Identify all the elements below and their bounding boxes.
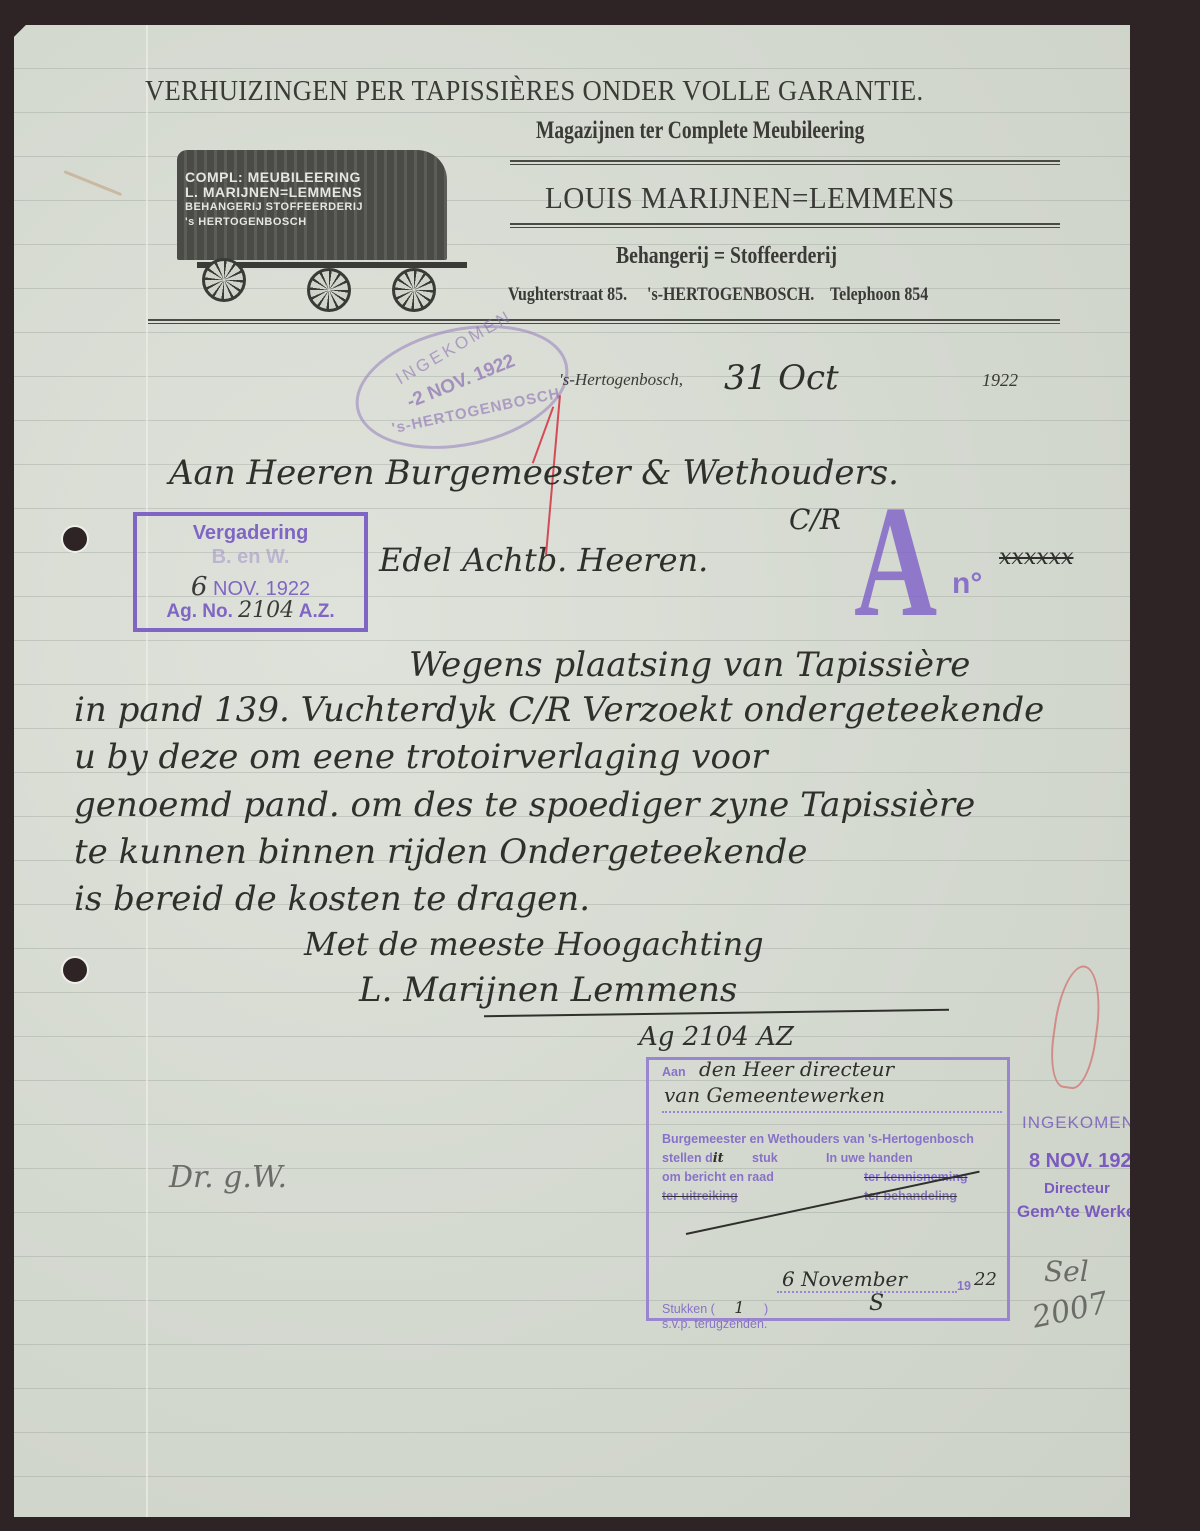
- date-dotted-line: [777, 1291, 957, 1293]
- vergadering-title: Vergadering: [137, 522, 364, 545]
- letterhead-rule: [510, 160, 1060, 165]
- punch-hole-bottom: [63, 958, 87, 982]
- wagon-lettering: COMPL: MEUBILEERING L. MARIJNEN=LEMMENS …: [185, 170, 363, 230]
- punch-hole-top: [63, 527, 87, 551]
- uitreiking-label: ter uitreiking: [662, 1189, 738, 1203]
- letterhead-rule: [510, 223, 1060, 228]
- signature-flourish: [484, 1009, 949, 1017]
- trade-line: Behangerij = Stoffeerderij: [616, 243, 837, 270]
- wagon-wheel: [202, 258, 246, 302]
- date-place-label: 's-Hertogenbosch,: [559, 370, 683, 390]
- year-prefix: 19: [957, 1279, 971, 1293]
- letterhead-bottom-rule: [148, 319, 1060, 324]
- letter-a-no-label: n°: [952, 567, 982, 601]
- bericht-label: om bericht en raad: [662, 1170, 774, 1184]
- aan-value-1: den Heer directeur: [699, 1057, 894, 1081]
- terugzenden-label: s.v.p. terugzenden.: [662, 1317, 767, 1331]
- date-year: 1922: [982, 370, 1018, 391]
- body-line-6: is bereid de kosten te dragen.: [74, 879, 590, 919]
- body-line-4: genoemd pand. om des te spoediger zyne T…: [74, 785, 975, 825]
- company-name: LOUIS MARIJNEN=LEMMENS: [545, 180, 955, 216]
- vergadering-stamp: Vergadering B. en W. 6 NOV. 1922 Ag. No.…: [133, 512, 368, 632]
- signature: L. Marijnen Lemmens: [359, 970, 737, 1010]
- left-pencil-note: Dr. g.W.: [169, 1160, 287, 1195]
- aan-value-2: van Gemeentewerken: [664, 1083, 885, 1107]
- dotted-separator: [662, 1111, 1002, 1113]
- staple-mark: [63, 170, 122, 196]
- aan-label: Aan: [662, 1065, 686, 1079]
- year-hand: 22: [974, 1269, 997, 1290]
- vergadering-bw: B. en W.: [137, 546, 364, 569]
- letterhead-subtitle: Magazijnen ter Complete Meubileering: [536, 117, 864, 145]
- stellen-line: stellen dit: [662, 1151, 724, 1166]
- red-pencil-loop: [1046, 963, 1107, 1092]
- city: 's-HERTOGENBOSCH.: [647, 284, 814, 305]
- date-day-month: 31 Oct: [724, 358, 839, 398]
- referral-initial: S: [869, 1291, 884, 1316]
- handen-label: In uwe handen: [826, 1151, 913, 1165]
- right-pencil-note-1: Sel: [1044, 1255, 1089, 1288]
- crossed-number: xxxxxx: [999, 545, 1073, 570]
- stuk-label: stuk: [752, 1151, 778, 1165]
- referral-date-hand: 6 November: [782, 1267, 907, 1291]
- addressee: Aan Heeren Burgemeester & Wethouders.: [169, 453, 899, 493]
- body-line-5: te kunnen binnen rijden Ondergeteekende: [74, 832, 807, 872]
- handwritten-agenda-ref: Ag 2104 AZ: [639, 1022, 794, 1052]
- address-line: Vughterstraat 85. 's-HERTOGENBOSCH. Tele…: [508, 284, 928, 306]
- received-oval-stamp: INGEKOMEN -2 NOV. 1922 's-HERTOGENBOSCH: [344, 307, 580, 467]
- agenda-number: 2104: [238, 598, 294, 623]
- right-pencil-note-2: 2007: [1029, 1285, 1111, 1335]
- vergadering-month-year: NOV. 1922: [213, 578, 310, 600]
- body-line-3: u by deze om eene trotoirverlaging voor: [74, 737, 768, 777]
- street-address: Vughterstraat 85.: [508, 284, 627, 305]
- addressee-abbrev: C/R: [789, 503, 841, 536]
- body-line-1: Wegens plaatsing van Tapissière: [409, 645, 970, 685]
- letter-page: VERHUIZINGEN PER TAPISSIÈRES ONDER VOLLE…: [14, 25, 1130, 1517]
- salutation: Edel Achtb. Heeren.: [379, 541, 708, 579]
- vergadering-agenda: Ag. No. 2104 A.Z.: [137, 598, 364, 623]
- letterhead-tagline: VERHUIZINGEN PER TAPISSIÈRES ONDER VOLLE…: [145, 75, 987, 108]
- stukken-label: Stukken ( 1 ): [662, 1298, 768, 1317]
- phone: Telephoon 854: [830, 284, 928, 305]
- moving-wagon-illustration: COMPL: MEUBILEERING L. MARIJNEN=LEMMENS …: [167, 140, 472, 315]
- body-line-2: in pand 139. Vuchterdyk C/R Verzoekt ond…: [74, 690, 1044, 730]
- wagon-wheel: [307, 268, 351, 312]
- bw-printed-line: Burgemeester en Wethouders van 's-Hertog…: [662, 1132, 974, 1146]
- letter-a-stamp: A: [854, 501, 937, 621]
- wagon-wheel: [392, 268, 436, 312]
- closing: Met de meeste Hoogachting: [304, 925, 764, 963]
